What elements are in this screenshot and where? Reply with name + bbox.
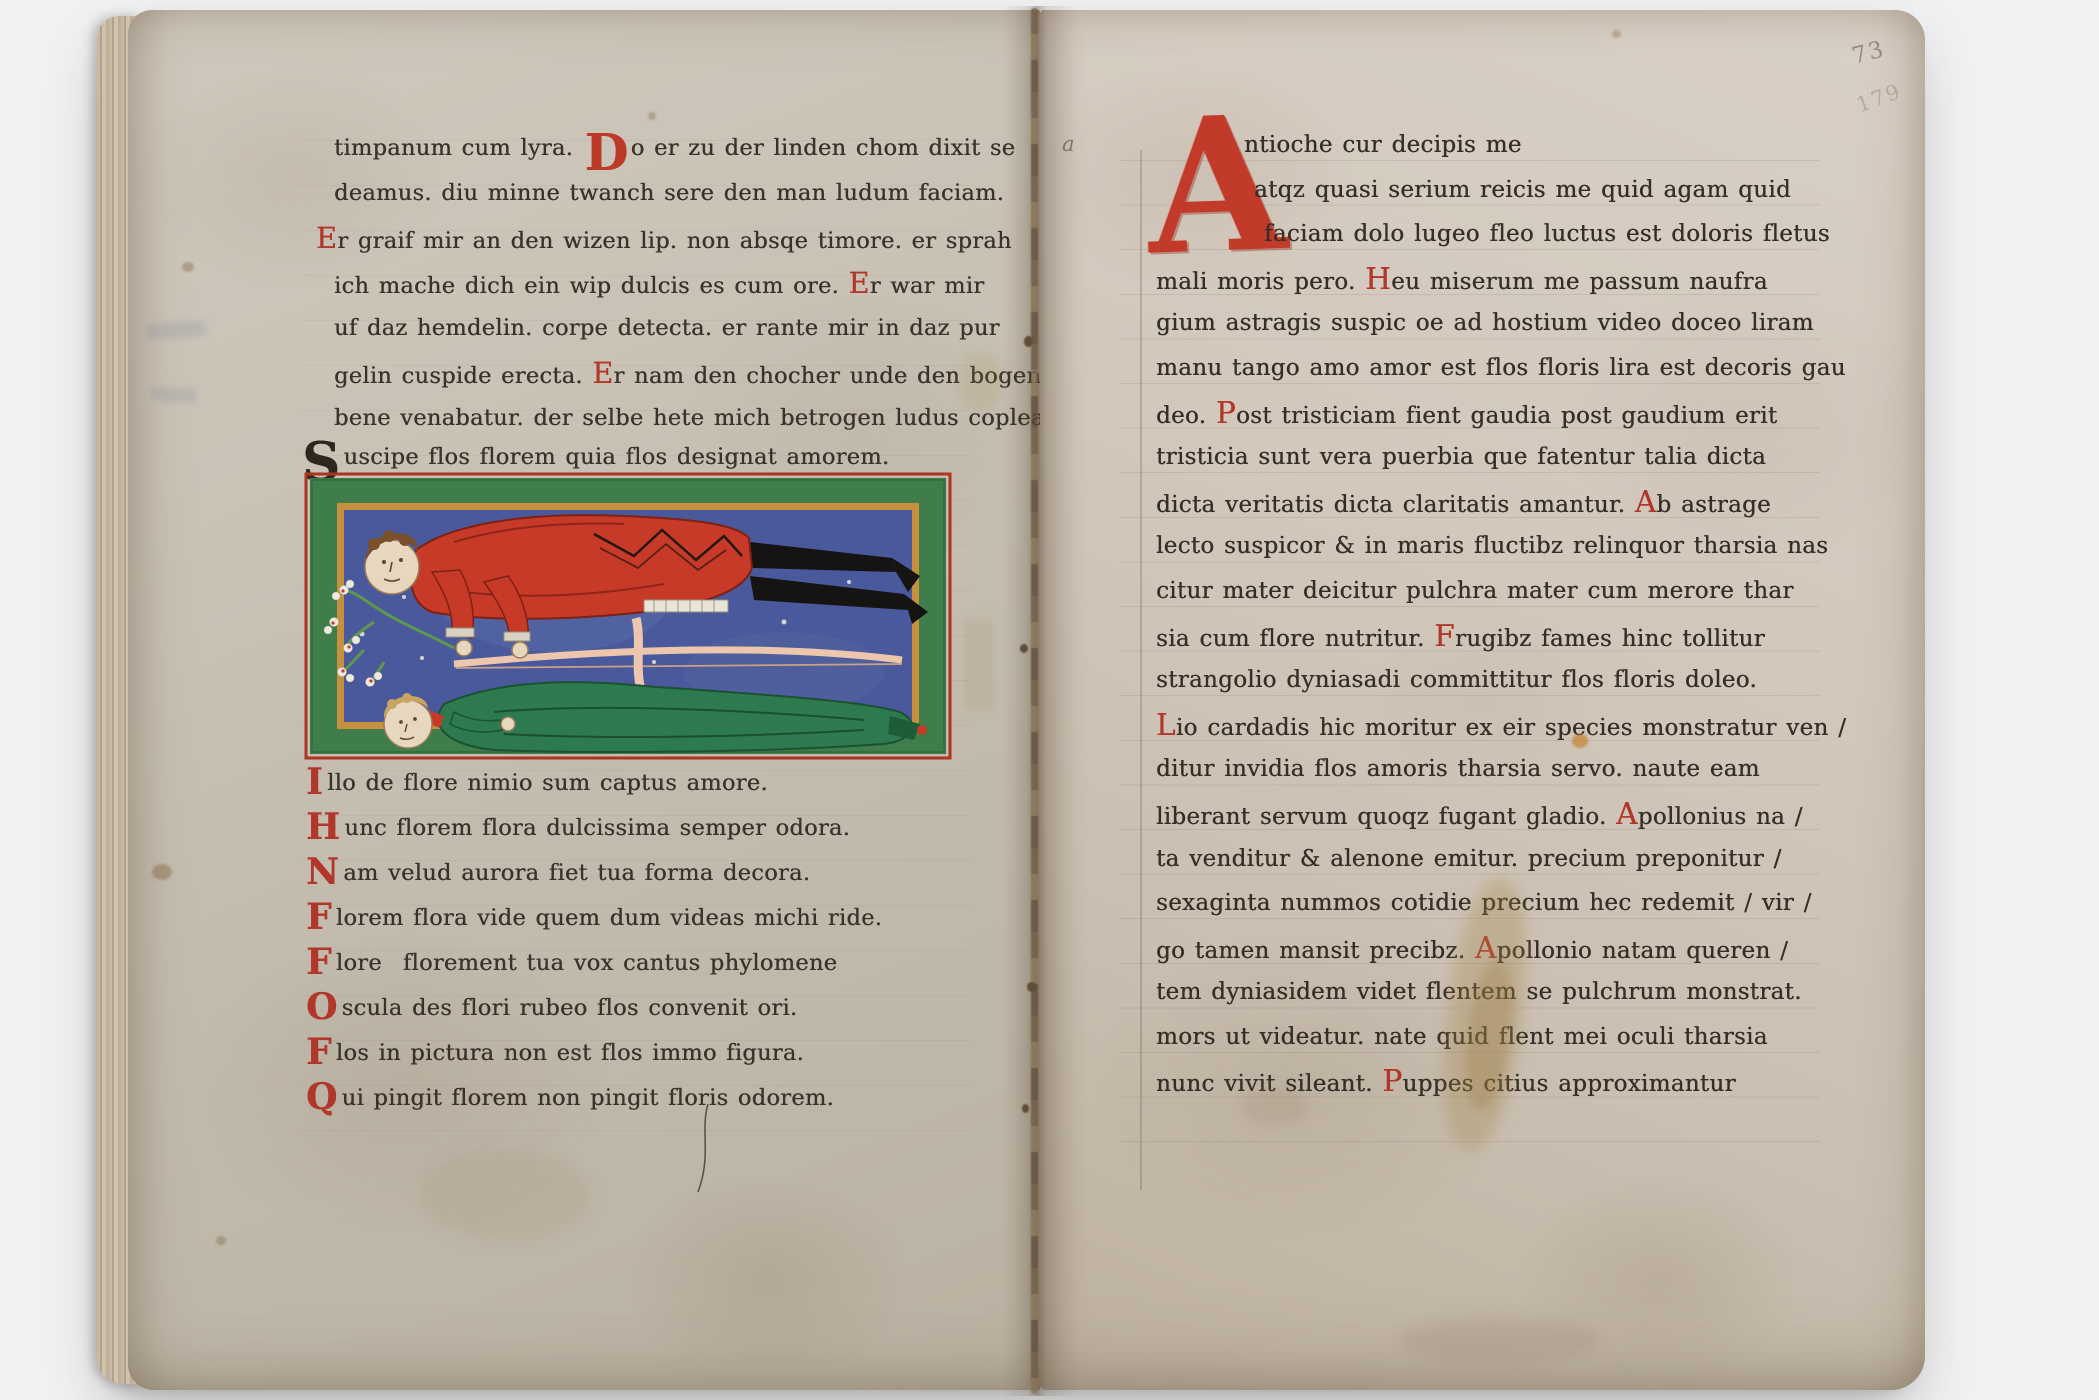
manuscript-text-line: atqz quasi serium reicis me quid agam qu…: [1156, 168, 1846, 213]
manuscript-text-line: ich mache dich ein wip dulcis es cum ore…: [316, 261, 1060, 306]
manuscript-text-line: gium astragis suspic oe ad hostium video…: [1156, 301, 1846, 346]
manuscript-text-line: Hunc florem flora dulcissima semper odor…: [306, 806, 882, 851]
manuscript-text-line: liberant servum quoqz fugant gladio. Apo…: [1156, 792, 1846, 837]
manuscript-text-line: timpanum cum lyra. Do er zu der linden c…: [316, 126, 1060, 171]
manuscript-text-line: Flore florement tua vox cantus phylomene: [306, 941, 882, 986]
manuscript-text-line: tem dyniasidem videt flentem se pulchrum…: [1156, 970, 1846, 1015]
manuscript-spread: timpanum cum lyra. Do er zu der linden c…: [0, 0, 2099, 1400]
manuscript-text-line: Oscula des flori rubeo flos convenit ori…: [306, 986, 882, 1031]
manuscript-text-line: mors ut videatur. nate quid flent mei oc…: [1156, 1015, 1846, 1060]
manuscript-text-line: strangolio dyniasadi committitur flos fl…: [1156, 658, 1846, 703]
manuscript-text-line: deamus. diu minne twanch sere den man lu…: [316, 171, 1060, 216]
right-page-text: ntioche cur decipis meatqz quasi serium …: [1156, 123, 1846, 1104]
miniature-illustration: [304, 472, 952, 760]
photo-background: timpanum cum lyra. Do er zu der linden c…: [0, 0, 2099, 1400]
manuscript-text-line: tristicia sunt vera puerbia que fatentur…: [1156, 435, 1846, 480]
manuscript-text-line: nunc vivit sileant. Puppes citius approx…: [1156, 1059, 1846, 1104]
manuscript-text-line: uf daz hemdelin. corpe detecta. er rante…: [316, 306, 1060, 351]
manuscript-text-line: sia cum flore nutritur. Frugibz fames hi…: [1156, 614, 1846, 659]
manuscript-text-line: Lio cardadis hic moritur ex eir species …: [1156, 703, 1846, 748]
manuscript-text-line: ditur invidia flos amoris tharsia servo.…: [1156, 747, 1846, 792]
manuscript-text-line: manu tango amo amor est flos floris lira…: [1156, 346, 1846, 391]
manuscript-text-line: Flos in pictura non est flos immo figura…: [306, 1031, 882, 1076]
manuscript-text-line: Nam velud aurora fiet tua forma decora.: [306, 851, 882, 896]
manuscript-text-line: Florem flora vide quem dum videas michi …: [306, 896, 882, 941]
manuscript-text-line: Er graif mir an den wizen lip. non absqe…: [316, 216, 1060, 261]
left-page-upper-text: timpanum cum lyra. Do er zu der linden c…: [316, 126, 1060, 441]
miniature-svg: [304, 472, 952, 760]
manuscript-text-line: ta venditur & alenone emitur. precium pr…: [1156, 837, 1846, 882]
manuscript-text-line: dicta veritatis dicta claritatis amantur…: [1156, 480, 1846, 525]
manuscript-text-line: mali moris pero. Heu miserum me passum n…: [1156, 257, 1846, 302]
manuscript-text-line: ntioche cur decipis me: [1156, 123, 1846, 168]
manuscript-text-line: Illo de flore nimio sum captus amore.: [306, 761, 882, 806]
manuscript-text-line: lecto suspicor & in maris fluctibz relin…: [1156, 524, 1846, 569]
manuscript-text-line: deo. Post tristiciam fient gaudia post g…: [1156, 391, 1846, 436]
strap: [636, 618, 642, 694]
left-page-verse-text: Illo de flore nimio sum captus amore.Hun…: [306, 761, 882, 1121]
manuscript-text-line: Qui pingit florem non pingit floris odor…: [306, 1076, 882, 1121]
manuscript-text-line: citur mater deicitur pulchra mater cum m…: [1156, 569, 1846, 614]
manuscript-text-line: sexaginta nummos cotidie precium hec red…: [1156, 881, 1846, 926]
manuscript-text-line: go tamen mansit precibz. Apollonio natam…: [1156, 926, 1846, 971]
marginal-letter: a: [1062, 132, 1075, 156]
manuscript-text-line: faciam dolo lugeo fleo luctus est dolori…: [1156, 212, 1846, 257]
manuscript-text-line: gelin cuspide erecta. Er nam den chocher…: [316, 351, 1060, 396]
